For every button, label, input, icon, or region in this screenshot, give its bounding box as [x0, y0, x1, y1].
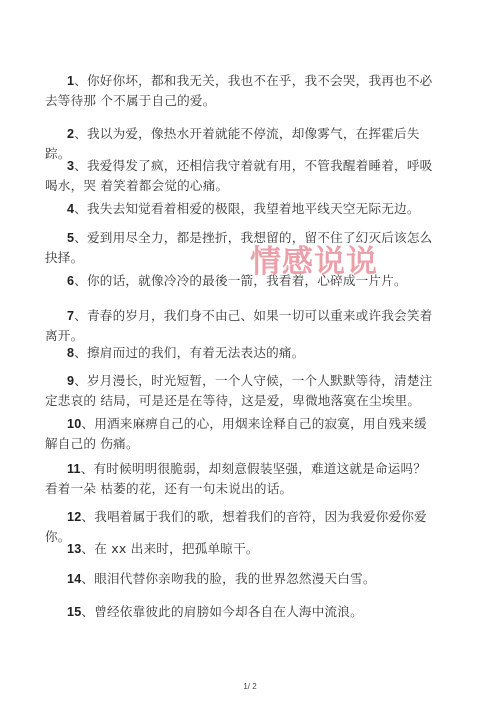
- list-item: 3、我爱得发了疯，还相信我守着就有用，不管我醒着睡着，呼吸喝水，哭 着笑着都会觉…: [45, 156, 437, 196]
- list-item: 8、擦肩而过的我们，有着无法表达的痛。: [45, 343, 437, 363]
- item-text: 、我爱得发了疯，还相信我守着就有用，不管我醒着睡着，呼吸喝水，哭 着笑着都会觉的…: [45, 158, 432, 193]
- item-text: 、岁月漫长，时光短暂，一个人守候，一个人默默等待，清楚注定悲哀的 结局，可是还是…: [45, 373, 432, 408]
- list-item: 6、你的话，就像冷冷的最後一箭，我看着，心碎成一片片。: [45, 271, 437, 291]
- item-text: 、眼泪代替你亲吻我的脸，我的世界忽然漫天白雪。: [81, 571, 375, 586]
- list-item: 10、用酒来麻痹自己的心，用烟来诠释自己的寂寞，用自残来缓解自己的 伤痛。: [45, 414, 437, 454]
- list-item: 5、爱到用尽全力，都是挫折，我想留的，留不住了幻灭后该怎么抉择。: [45, 228, 437, 268]
- page-indicator: 1/ 2: [0, 682, 500, 691]
- item-number: 14: [67, 572, 81, 586]
- item-text: 、擦肩而过的我们，有着无法表达的痛。: [74, 345, 304, 360]
- list-item: 7、青春的岁月，我们身不由己、如果一切可以重来或许我会笑着离开。: [45, 306, 437, 346]
- list-item: 4、我失去知觉看着相爱的极限，我望着地平线天空无际无边。: [45, 199, 437, 219]
- list-item: 13、在 xx 出来时，把孤单晾干。: [45, 539, 437, 559]
- item-text: 、曾经依靠彼此的肩膀如今却各自在人海中流浪。: [81, 604, 362, 619]
- item-text: 、在 xx 出来时，把孤单晾干。: [81, 541, 258, 556]
- list-item: 11、有时候明明很脆弱，却刻意假装坚强，难道这就是命运吗？看着一朵 枯萎的花，还…: [45, 459, 437, 499]
- document-page: 1、你好你坏，都和我无关，我也不在乎，我不会哭，我再也不必去等待那 个不属于自己…: [0, 0, 500, 708]
- item-text: 、有时候明明很脆弱，却刻意假装坚强，难道这就是命运吗？看着一朵 枯萎的花，还有一…: [45, 461, 426, 496]
- item-number: 15: [67, 605, 81, 619]
- item-text: 、青春的岁月，我们身不由己、如果一切可以重来或许我会笑着离开。: [45, 308, 432, 343]
- list-item: 1、你好你坏，都和我无关，我也不在乎，我不会哭，我再也不必去等待那 个不属于自己…: [45, 71, 437, 111]
- list-item: 15、曾经依靠彼此的肩膀如今却各自在人海中流浪。: [45, 602, 437, 622]
- item-text: 、爱到用尽全力，都是挫折，我想留的，留不住了幻灭后该怎么抉择。: [45, 230, 432, 265]
- item-number: 13: [67, 542, 81, 556]
- item-number: 12: [67, 510, 81, 524]
- item-text: 、你好你坏，都和我无关，我也不在乎，我不会哭，我再也不必去等待那 个不属于自己的…: [45, 73, 432, 108]
- item-text: 、用酒来麻痹自己的心，用烟来诠释自己的寂寞，用自残来缓解自己的 伤痛。: [45, 416, 427, 451]
- item-text: 、我失去知觉看着相爱的极限，我望着地平线天空无际无边。: [74, 201, 419, 216]
- item-text: 、你的话，就像冷冷的最後一箭，我看着，心碎成一片片。: [74, 273, 407, 288]
- item-number: 10: [67, 417, 81, 431]
- item-number: 11: [67, 462, 81, 476]
- list-item: 14、眼泪代替你亲吻我的脸，我的世界忽然漫天白雪。: [45, 569, 437, 589]
- list-item: 9、岁月漫长，时光短暂，一个人守候，一个人默默等待，清楚注定悲哀的 结局，可是还…: [45, 371, 437, 411]
